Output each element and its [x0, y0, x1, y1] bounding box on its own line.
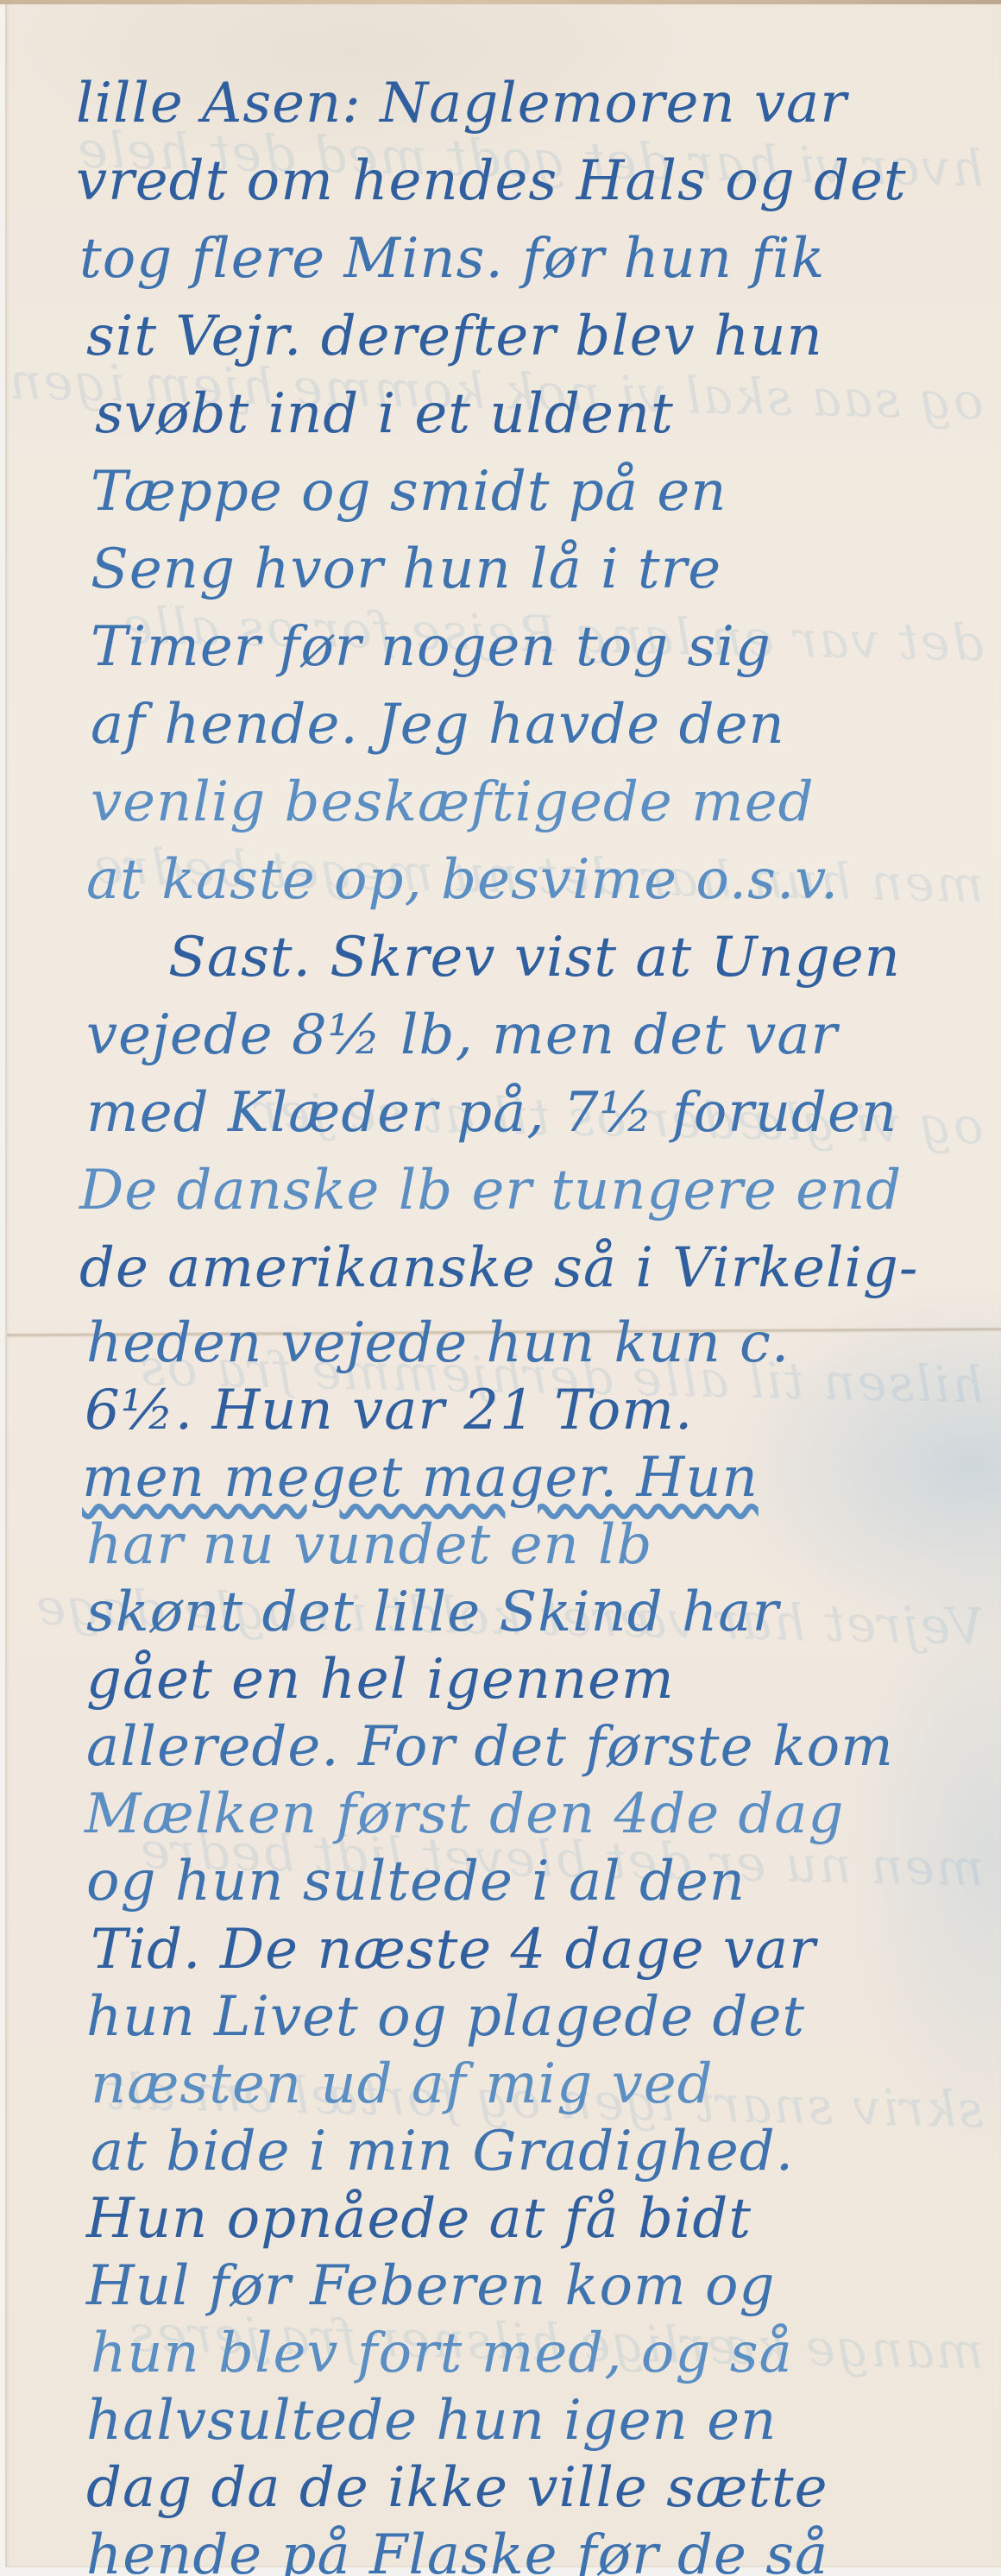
- text-line: Seng hvor hun lå i tre: [91, 542, 721, 597]
- text-line: hende på Flaske før de så: [86, 2528, 828, 2576]
- text-line: de amerikanske så i Virkelig-: [79, 1241, 918, 1296]
- text-line: med Klæder på, 7½ foruden: [86, 1085, 897, 1140]
- text-line: og hun sultede i al den: [86, 1854, 746, 1909]
- text-line: at bide i min Gradighed.: [91, 2124, 794, 2179]
- text-line: vejede 8½ lb, men det var: [86, 1008, 838, 1063]
- text-line: tog flere Mins. før hun fik: [79, 231, 825, 286]
- text-line: heden vejede hun kun c.: [86, 1316, 790, 1371]
- text-line: men meget mager. Hun: [82, 1450, 759, 1505]
- text-line: vredt om hendes Hals og det: [76, 154, 907, 209]
- text-line: Sast. Skrev vist at Ungen: [168, 930, 901, 985]
- text-line: De danske lb er tungere end: [79, 1163, 902, 1218]
- text-line: af hende. Jeg havde den: [91, 697, 785, 752]
- text-line: at kaste op, besvime o.s.v.: [86, 852, 839, 908]
- text-line: Hul før Feberen kom og: [86, 2259, 776, 2314]
- text-line: har nu vundet en lb: [86, 1517, 652, 1573]
- text-line: lille Asen: Naglemoren var: [76, 76, 847, 131]
- text-line: sit Vejr. derefter blev hun: [86, 309, 823, 364]
- text-line: skønt det lille Skind har: [86, 1585, 779, 1640]
- text-line: næsten ud af mig ved: [91, 2057, 714, 2112]
- text-line: hun Livet og plagede det: [86, 1989, 805, 2045]
- text-line: halvsultede hun igen en: [86, 2393, 777, 2448]
- text-line: 6½. Hun var 21 Tom.: [85, 1383, 693, 1438]
- text-line: Timer før nogen tog sig: [91, 619, 771, 675]
- text-line: allerede. For det første kom: [86, 1719, 894, 1775]
- text-line: Tid. De næste 4 dage var: [91, 1922, 816, 1977]
- text-line: gået en hel igennem: [86, 1652, 675, 1707]
- text-line: venlig beskæftigede med: [91, 775, 815, 830]
- text-line: Hun opnåede at få bidt: [86, 2191, 752, 2246]
- text-line: dag da de ikke ville sætte: [86, 2460, 828, 2516]
- text-line: hun blev fort med, og så: [91, 2326, 793, 2381]
- text-line: svøbt ind i et uldent: [95, 386, 674, 442]
- text-line: Tæppe og smidt på en: [91, 464, 727, 519]
- text-line: Mælken først den 4de dag: [85, 1787, 845, 1842]
- paper-top-edge: [0, 0, 1001, 4]
